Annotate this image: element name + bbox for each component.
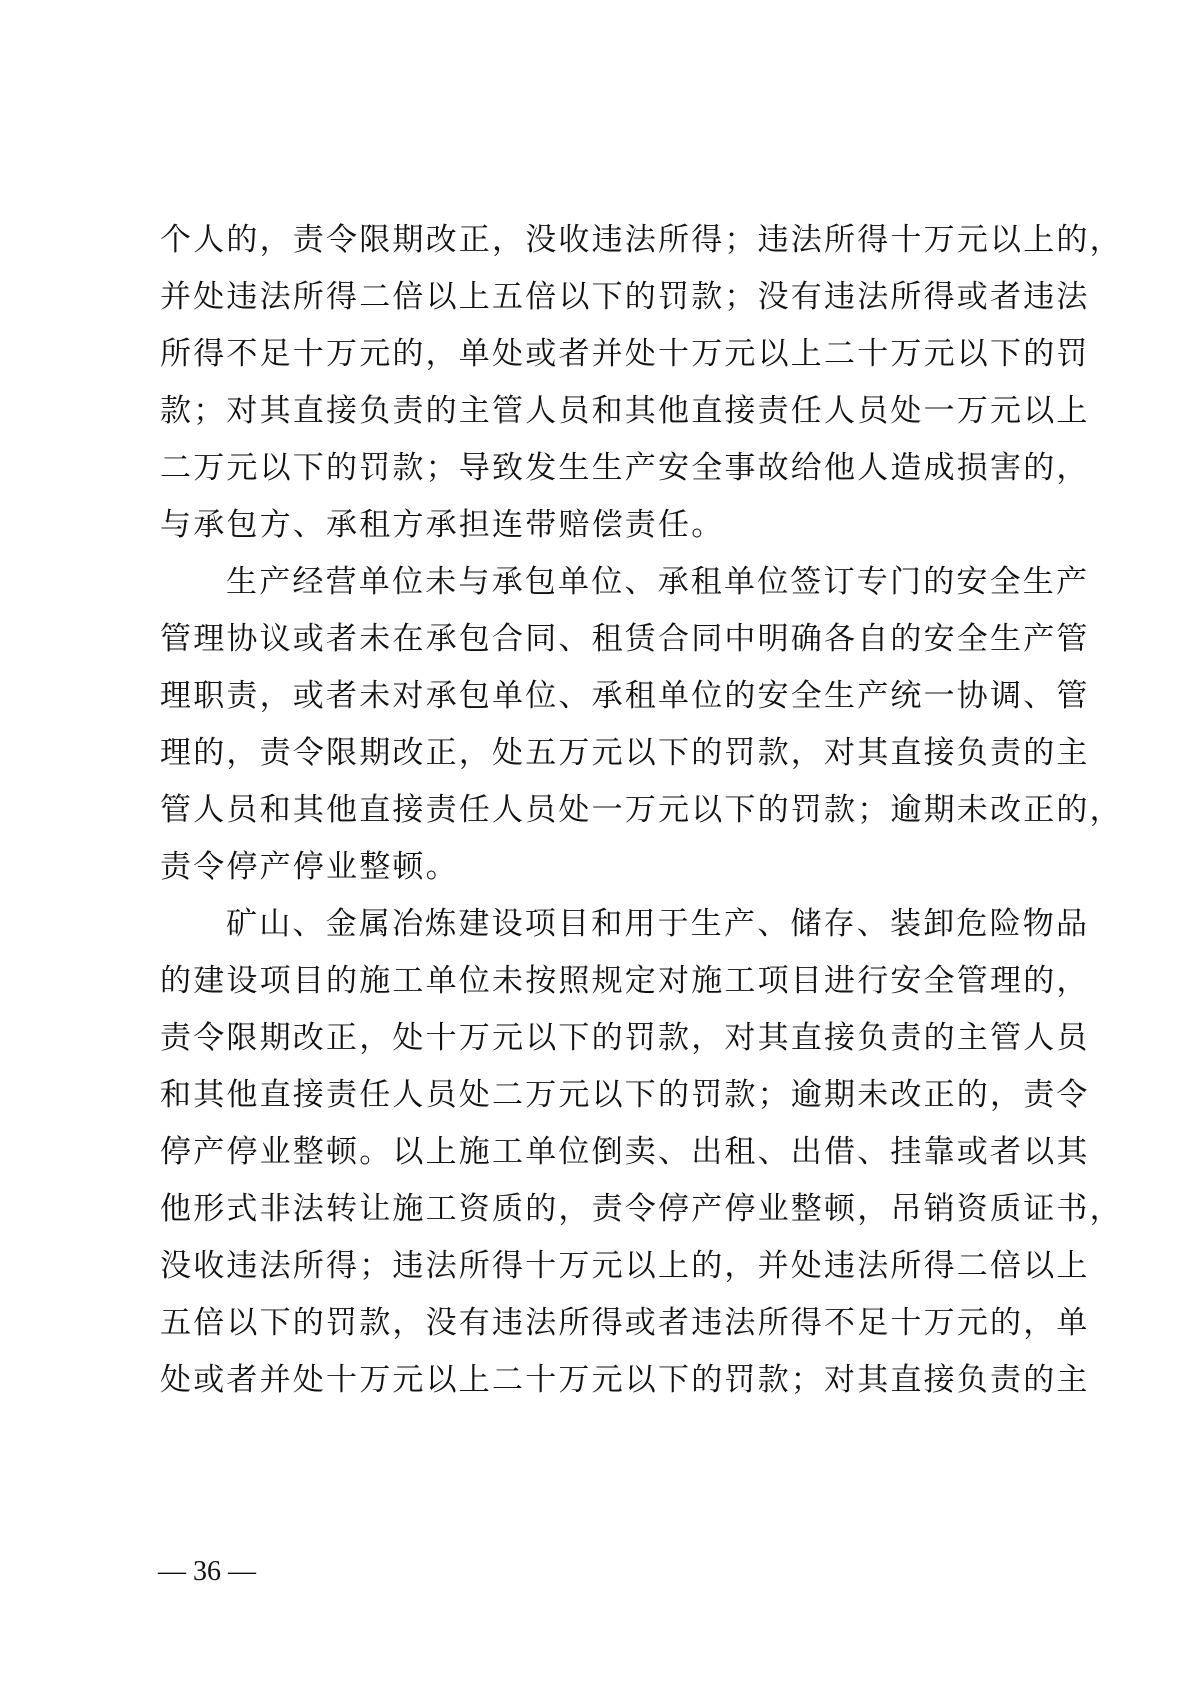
text-line: 款；对其直接负责的主管人员和其他直接责任人员处一万元以上 — [160, 383, 1044, 440]
text-line: 处或者并处十万元以上二十万元以下的罚款；对其直接负责的主 — [160, 1352, 1044, 1409]
text-line: 五倍以下的罚款，没有违法所得或者违法所得不足十万元的，单 — [160, 1295, 1044, 1352]
text-line: 生产经营单位未与承包单位、承租单位签订专门的安全生产 — [160, 554, 1044, 611]
text-line: 他形式非法转让施工资质的，责令停产停业整顿，吊销资质证书， — [160, 1181, 1044, 1238]
text-line: 理职责，或者未对承包单位、承租单位的安全生产统一协调、管 — [160, 668, 1044, 725]
paragraph-1: 个人的，责令限期改正，没收违法所得；违法所得十万元以上的， 并处违法所得二倍以上… — [160, 212, 1044, 554]
document-page: 个人的，责令限期改正，没收违法所得；违法所得十万元以上的， 并处违法所得二倍以上… — [0, 0, 1191, 1684]
paragraph-3: 矿山、金属冶炼建设项目和用于生产、储存、装卸危险物品 的建设项目的施工单位未按照… — [160, 896, 1044, 1409]
text-line: 与承包方、承租方承担连带赔偿责任。 — [160, 497, 1044, 554]
text-line: 管理协议或者未在承包合同、租赁合同中明确各自的安全生产管 — [160, 611, 1044, 668]
text-line: 的建设项目的施工单位未按照规定对施工项目进行安全管理的， — [160, 953, 1044, 1010]
text-line: 二万元以下的罚款；导致发生生产安全事故给他人造成损害的， — [160, 440, 1044, 497]
paragraph-2: 生产经营单位未与承包单位、承租单位签订专门的安全生产 管理协议或者未在承包合同、… — [160, 554, 1044, 896]
text-line: 责令限期改正，处十万元以下的罚款，对其直接负责的主管人员 — [160, 1010, 1044, 1067]
text-line: 责令停产停业整顿。 — [160, 839, 1044, 896]
text-line: 矿山、金属冶炼建设项目和用于生产、储存、装卸危险物品 — [160, 896, 1044, 953]
text-line: 所得不足十万元的，单处或者并处十万元以上二十万元以下的罚 — [160, 326, 1044, 383]
text-line: 和其他直接责任人员处二万元以下的罚款；逾期未改正的，责令 — [160, 1067, 1044, 1124]
body-text: 个人的，责令限期改正，没收违法所得；违法所得十万元以上的， 并处违法所得二倍以上… — [160, 212, 1044, 1409]
text-line: 并处违法所得二倍以上五倍以下的罚款；没有违法所得或者违法 — [160, 269, 1044, 326]
text-line: 没收违法所得；违法所得十万元以上的，并处违法所得二倍以上 — [160, 1238, 1044, 1295]
text-line: 管人员和其他直接责任人员处一万元以下的罚款；逾期未改正的， — [160, 782, 1044, 839]
text-line: 停产停业整顿。以上施工单位倒卖、出租、出借、挂靠或者以其 — [160, 1124, 1044, 1181]
text-line: 理的，责令限期改正，处五万元以下的罚款，对其直接负责的主 — [160, 725, 1044, 782]
text-line: 个人的，责令限期改正，没收违法所得；违法所得十万元以上的， — [160, 212, 1044, 269]
page-number: — 36 — — [158, 1552, 256, 1592]
